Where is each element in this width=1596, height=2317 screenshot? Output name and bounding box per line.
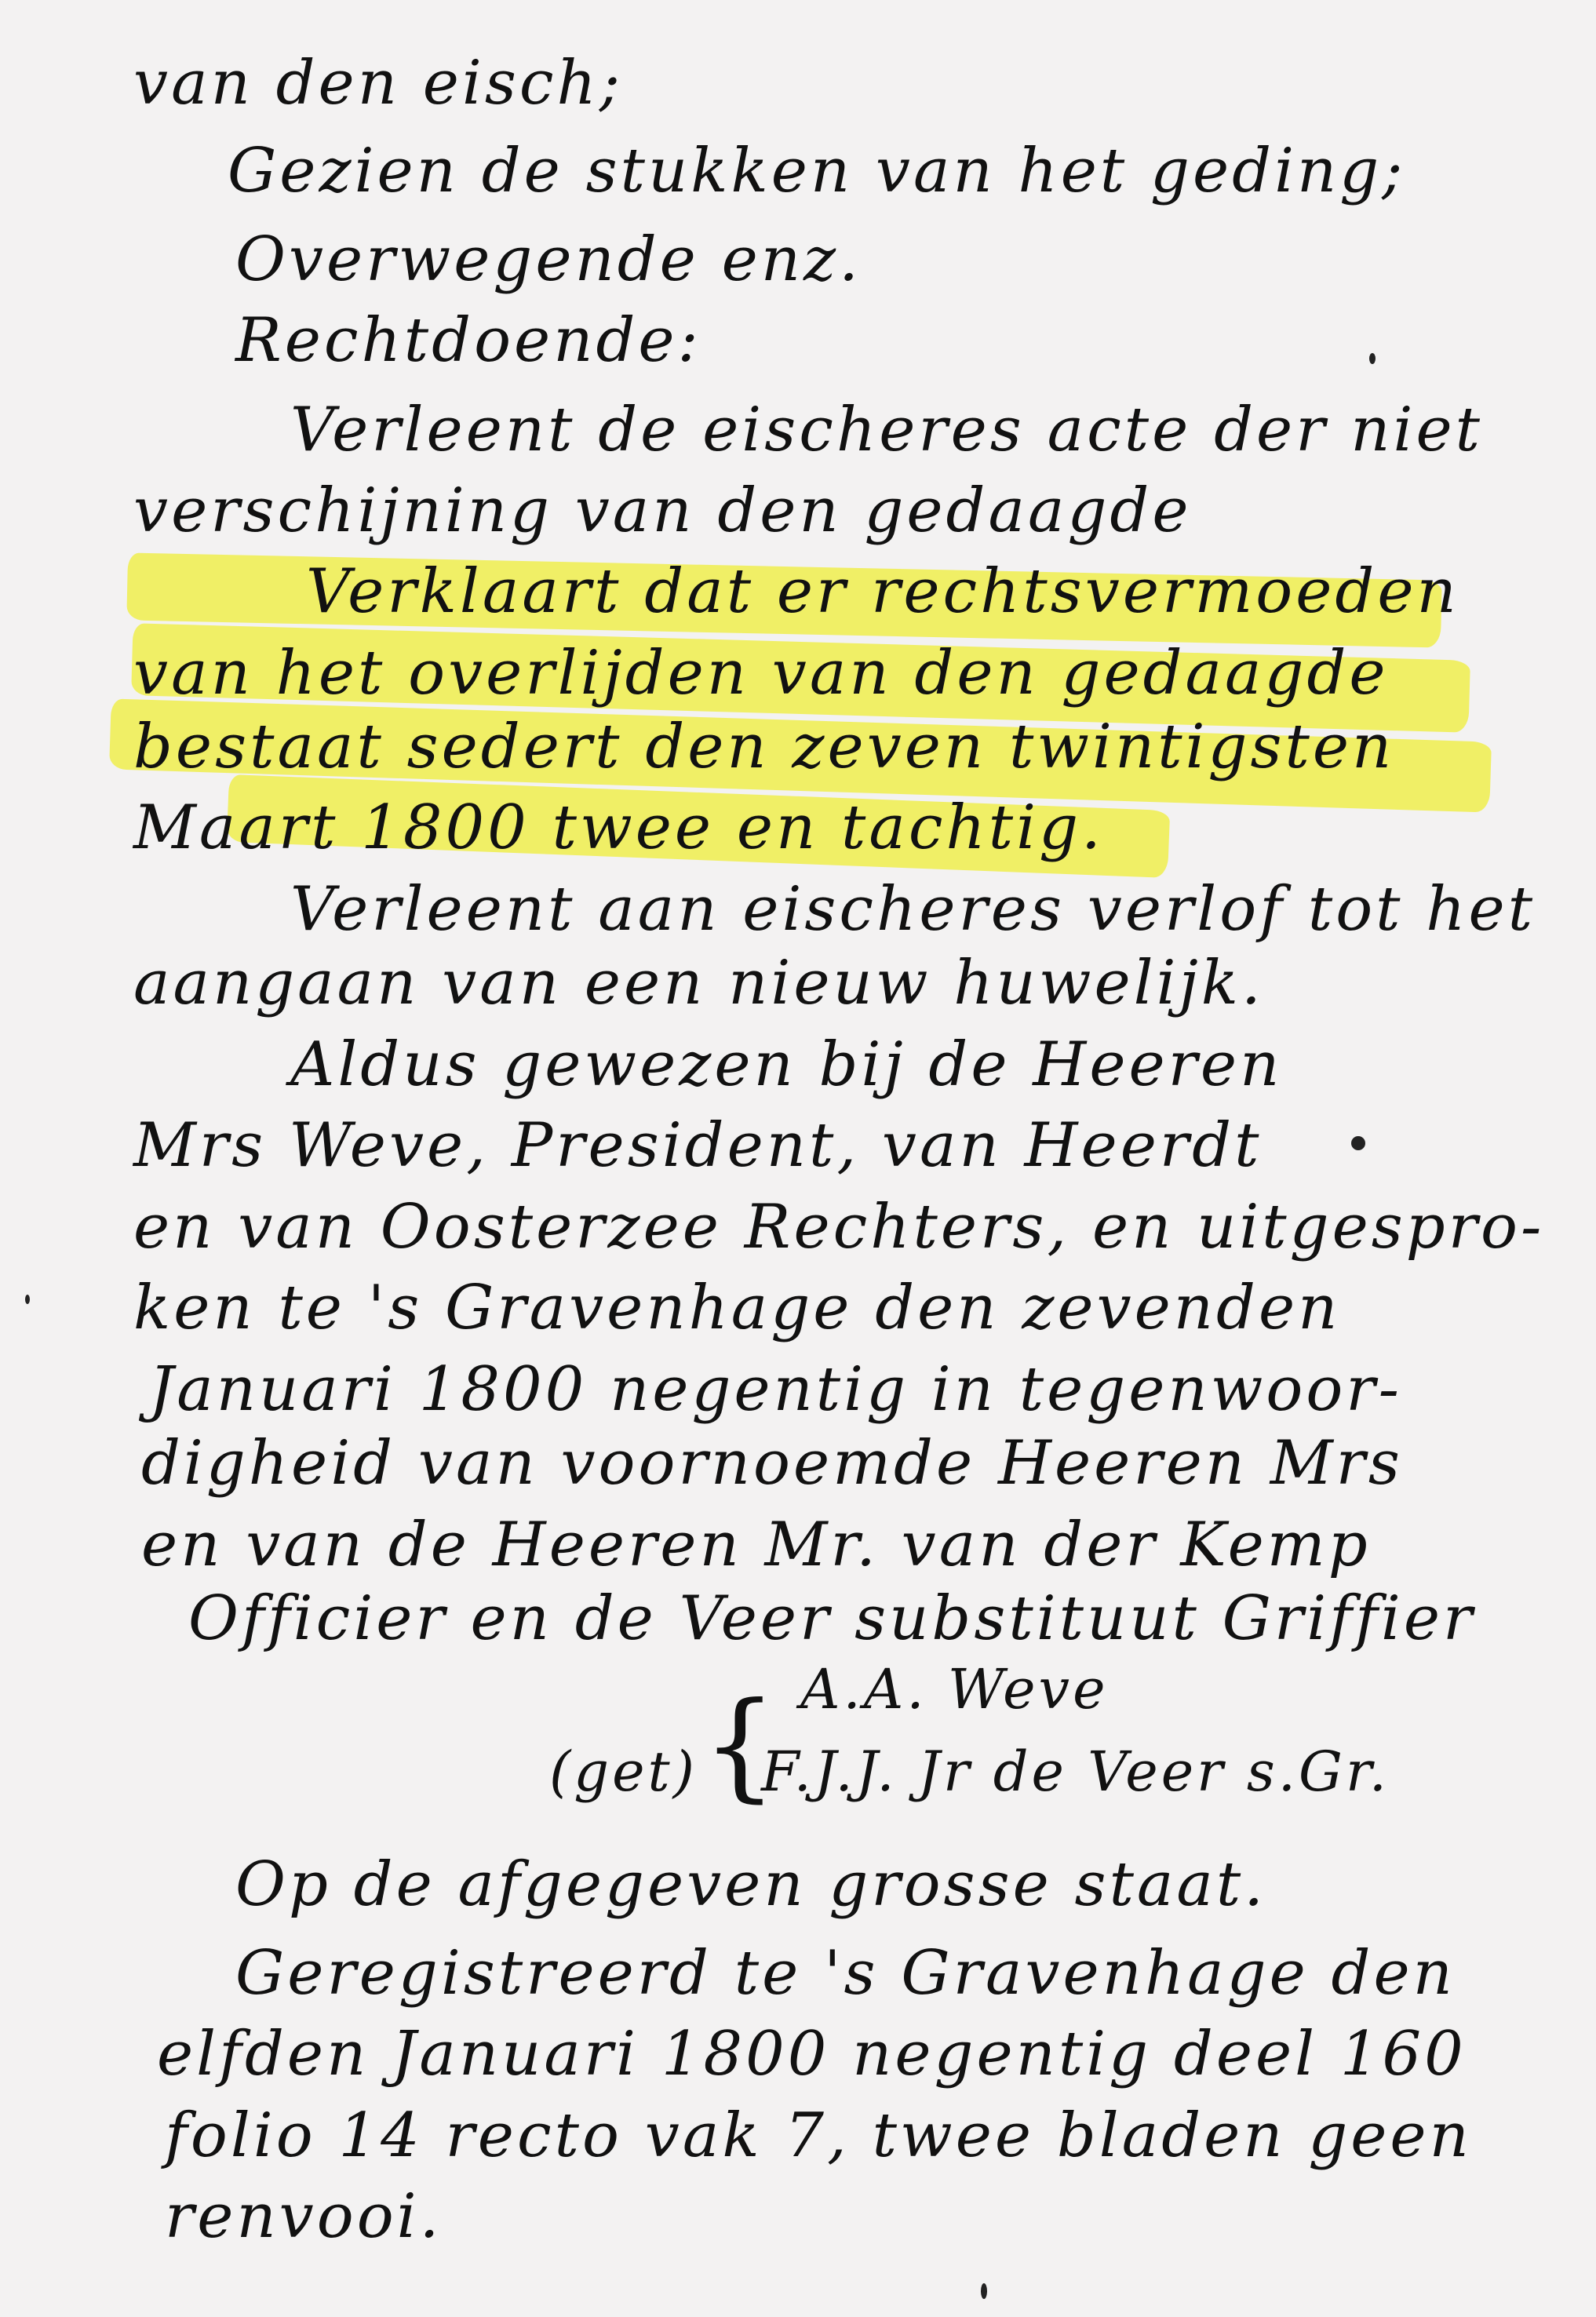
text-line-1: van den eisch;	[133, 46, 623, 121]
text-line-25: renvooi.	[165, 2179, 442, 2254]
highlighted-line-1: Verklaart dat er rechtsvermoeden	[306, 554, 1459, 629]
ink-speck	[25, 1295, 30, 1304]
ink-speck	[981, 2283, 987, 2299]
signature-name-1: A.A. Weve	[800, 1652, 1109, 1727]
text-line-20: Officier en de Veer substituut Griffier	[188, 1581, 1475, 1656]
text-line-24: folio 14 recto vak 7, twee bladen geen	[165, 2098, 1472, 2173]
signature-name-2: F.J.J. Jr de Veer s.Gr.	[761, 1734, 1390, 1809]
text-line-19: en van de Heeren Mr. van der Kemp	[141, 1507, 1371, 1583]
ink-speck	[1369, 353, 1376, 364]
text-line-14: Mrs Weve, President, van Heerdt	[133, 1108, 1262, 1183]
text-line-17: Januari 1800 negentig in tegenwoor-	[149, 1352, 1402, 1427]
text-line-4: Rechtdoende:	[235, 303, 701, 378]
document-page: van den eisch; Gezien de stukken van het…	[0, 0, 1596, 2317]
highlighted-line-4: Maart 1800 twee en tachtig.	[133, 790, 1104, 865]
ink-speck	[1351, 1136, 1365, 1150]
text-line-23: elfden Januari 1800 negentig deel 160	[157, 2016, 1467, 2092]
text-line-13: Aldus gewezen bij de Heeren	[290, 1027, 1282, 1102]
text-line-12: aangaan van een nieuw huwelijk.	[133, 945, 1264, 1021]
text-line-21: Op de afgegeven grosse staat.	[235, 1847, 1266, 1922]
text-line-18: digheid van voornoemde Heeren Mrs	[141, 1426, 1403, 1501]
text-line-11: Verleent aan eischeres verlof tot het	[290, 872, 1536, 947]
signature-label: (get)	[549, 1734, 698, 1809]
text-line-5: Verleent de eischeres acte der niet	[290, 392, 1483, 468]
highlighted-line-3: bestaat sedert den zeven twintigsten	[133, 709, 1394, 785]
text-line-15: en van Oosterzee Rechters, en uitgespro-	[133, 1189, 1544, 1265]
text-line-6: verschijning van den gedaagde	[133, 473, 1192, 548]
text-line-22: Geregistreerd te 's Gravenhage den	[235, 1936, 1456, 2011]
text-line-16: ken te 's Gravenhage den zevenden	[133, 1270, 1340, 1346]
text-line-3: Overwegende enz.	[235, 222, 862, 297]
text-line-2: Gezien de stukken van het geding;	[228, 133, 1405, 209]
highlighted-line-2: van het overlijden van den gedaagde	[133, 636, 1389, 711]
